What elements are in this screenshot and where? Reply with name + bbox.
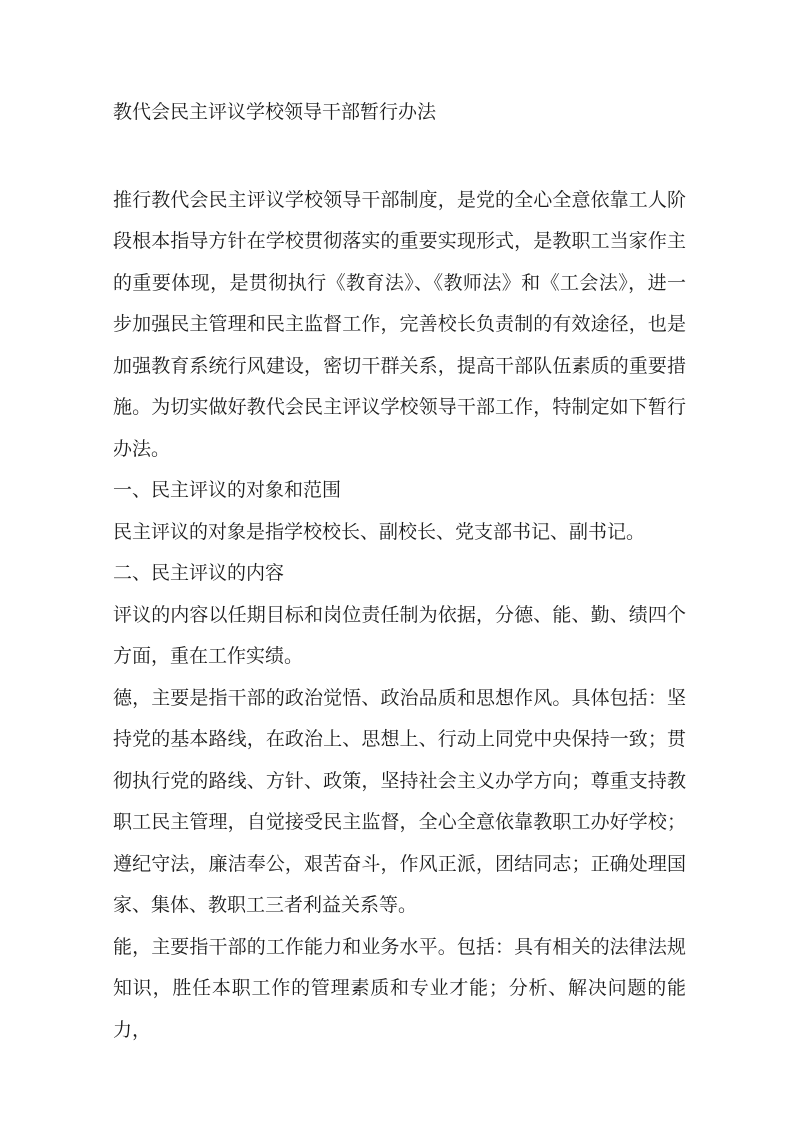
paragraph-introduction: 推行教代会民主评议学校领导干部制度，是党的全心全意依靠工人阶段根本指导方针在学校…	[113, 180, 686, 471]
paragraph-de-morality: 德，主要是指干部的政治觉悟、政治品质和思想作风。具体包括：坚持党的基本路线，在政…	[113, 678, 686, 927]
section-heading-1-evaluation-targets: 一、民主评议的对象和范围	[113, 470, 686, 512]
paragraph-evaluation-targets: 民主评议的对象是指学校校长、副校长、党支部书记、副书记。	[113, 512, 686, 554]
document-title: 教代会民主评议学校领导干部暂行办法	[113, 92, 686, 134]
paragraph-neng-ability: 能，主要指干部的工作能力和业务水平。包括：具有相关的法律法规知识，胜任本职工作的…	[113, 927, 686, 1052]
section-heading-2-evaluation-content: 二、民主评议的内容	[113, 553, 686, 595]
paragraph-evaluation-basis: 评议的内容以任期目标和岗位责任制为依据，分德、能、勤、绩四个方面，重在工作实绩。	[113, 595, 686, 678]
document-page: 教代会民主评议学校领导干部暂行办法 推行教代会民主评议学校领导干部制度，是党的全…	[0, 0, 793, 1122]
